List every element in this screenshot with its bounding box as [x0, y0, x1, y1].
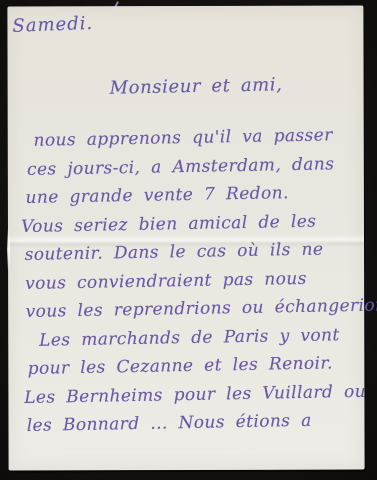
- letter-body: nous apprenons qu'il va passer ces jours…: [13, 121, 363, 441]
- letter-salutation: Monsieur et ami,: [109, 74, 282, 98]
- scan-background: Samedi. Monsieur et ami, nous apprenons …: [0, 0, 377, 480]
- letter-line: les Bonnard ... Nous étions a: [26, 406, 362, 441]
- letter-dateline: Samedi.: [12, 13, 94, 37]
- paper-edge-highlight: [7, 228, 10, 270]
- letter-paper: Samedi. Monsieur et ami, nous apprenons …: [7, 6, 364, 471]
- letter-line: ces jours-ci, a Amsterdam, dans: [27, 149, 358, 184]
